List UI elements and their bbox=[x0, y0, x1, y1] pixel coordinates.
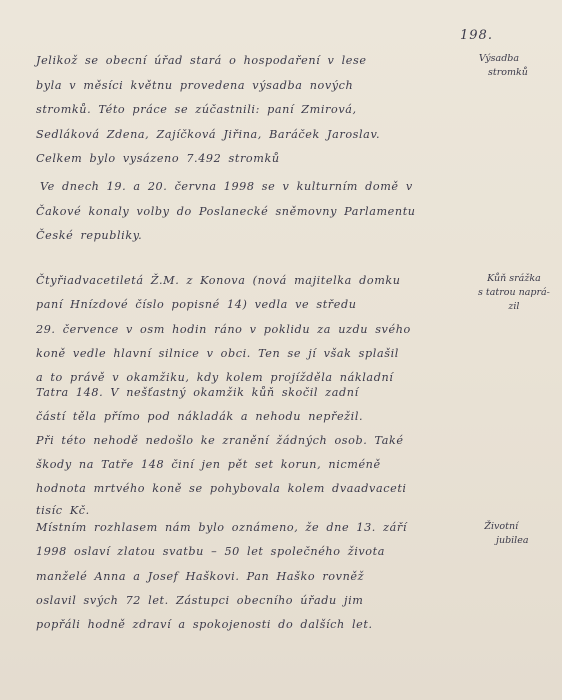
text-line: Jelikož se obecní úřad stará o hospodaře… bbox=[36, 54, 367, 67]
margin-note-line: Výsadba bbox=[470, 52, 528, 66]
text-line: hodnota mrtvého koně se pohybovala kolem… bbox=[36, 482, 407, 495]
margin-note-jubilee: Životní jubilea bbox=[474, 520, 529, 548]
text-line: manželé Anna a Josef Haškovi. Pan Haško … bbox=[36, 570, 364, 583]
margin-note-horse-accident: Kůň srážka s tatrou naprá- zil bbox=[478, 272, 550, 314]
margin-note-line: Životní bbox=[474, 520, 529, 534]
page-number: 198. bbox=[460, 28, 493, 43]
chronicle-page: 198. Výsadba stromků Jelikož se obecní ú… bbox=[0, 0, 562, 700]
text-line: 1998 oslaví zlatou svatbu – 50 let spole… bbox=[36, 545, 385, 558]
text-line: Sedláková Zdena, Zajíčková Jiřina, Baráč… bbox=[36, 128, 380, 141]
text-line: popřáli hodně zdraví a spokojenosti do d… bbox=[36, 618, 373, 631]
text-line: částí těla přímo pod nákladák a nehodu n… bbox=[36, 410, 363, 423]
margin-note-line: s tatrou naprá- bbox=[478, 286, 550, 300]
text-line: Celkem bylo vysázeno 7.492 stromků bbox=[36, 152, 280, 165]
margin-note-tree-planting: Výsadba stromků bbox=[470, 52, 528, 80]
text-line: tisíc Kč. bbox=[36, 504, 90, 517]
text-line: koně vedle hlavní silnice v obci. Ten se… bbox=[36, 347, 399, 360]
text-line: České republiky. bbox=[36, 229, 142, 242]
text-line: Místním rozhlasem nám bylo oznámeno, že … bbox=[36, 521, 407, 534]
text-line: paní Hnízdové číslo popisné 14) vedla ve… bbox=[36, 298, 357, 311]
text-line: byla v měsíci květnu provedena výsadba n… bbox=[36, 79, 353, 92]
text-line: oslavil svých 72 let. Zástupci obecního … bbox=[36, 594, 363, 607]
text-line: Při této nehodě nedošlo ke zranění žádný… bbox=[36, 434, 404, 447]
margin-note-line: zil bbox=[478, 300, 550, 314]
margin-note-line: Kůň srážka bbox=[478, 272, 550, 286]
text-line: Tatra 148. V nešťastný okamžik kůň skoči… bbox=[36, 386, 359, 399]
text-line: a to právě v okamžiku, kdy kolem projížd… bbox=[36, 371, 393, 384]
text-line: Čtyřiadvacetiletá Ž.M. z Konova (nová ma… bbox=[36, 274, 401, 287]
margin-note-line: stromků bbox=[488, 66, 528, 80]
text-line: Ve dnech 19. a 20. června 1998 se v kult… bbox=[40, 180, 413, 193]
text-line: škody na Tatře 148 činí jen pět set koru… bbox=[36, 458, 381, 471]
text-line: Čakové konaly volby do Poslanecké sněmov… bbox=[36, 205, 416, 218]
text-line: 29. července v osm hodin ráno v poklidu … bbox=[36, 323, 411, 336]
text-line: stromků. Této práce se zúčastnili: paní … bbox=[36, 103, 357, 116]
margin-note-line: jubilea bbox=[496, 534, 529, 548]
